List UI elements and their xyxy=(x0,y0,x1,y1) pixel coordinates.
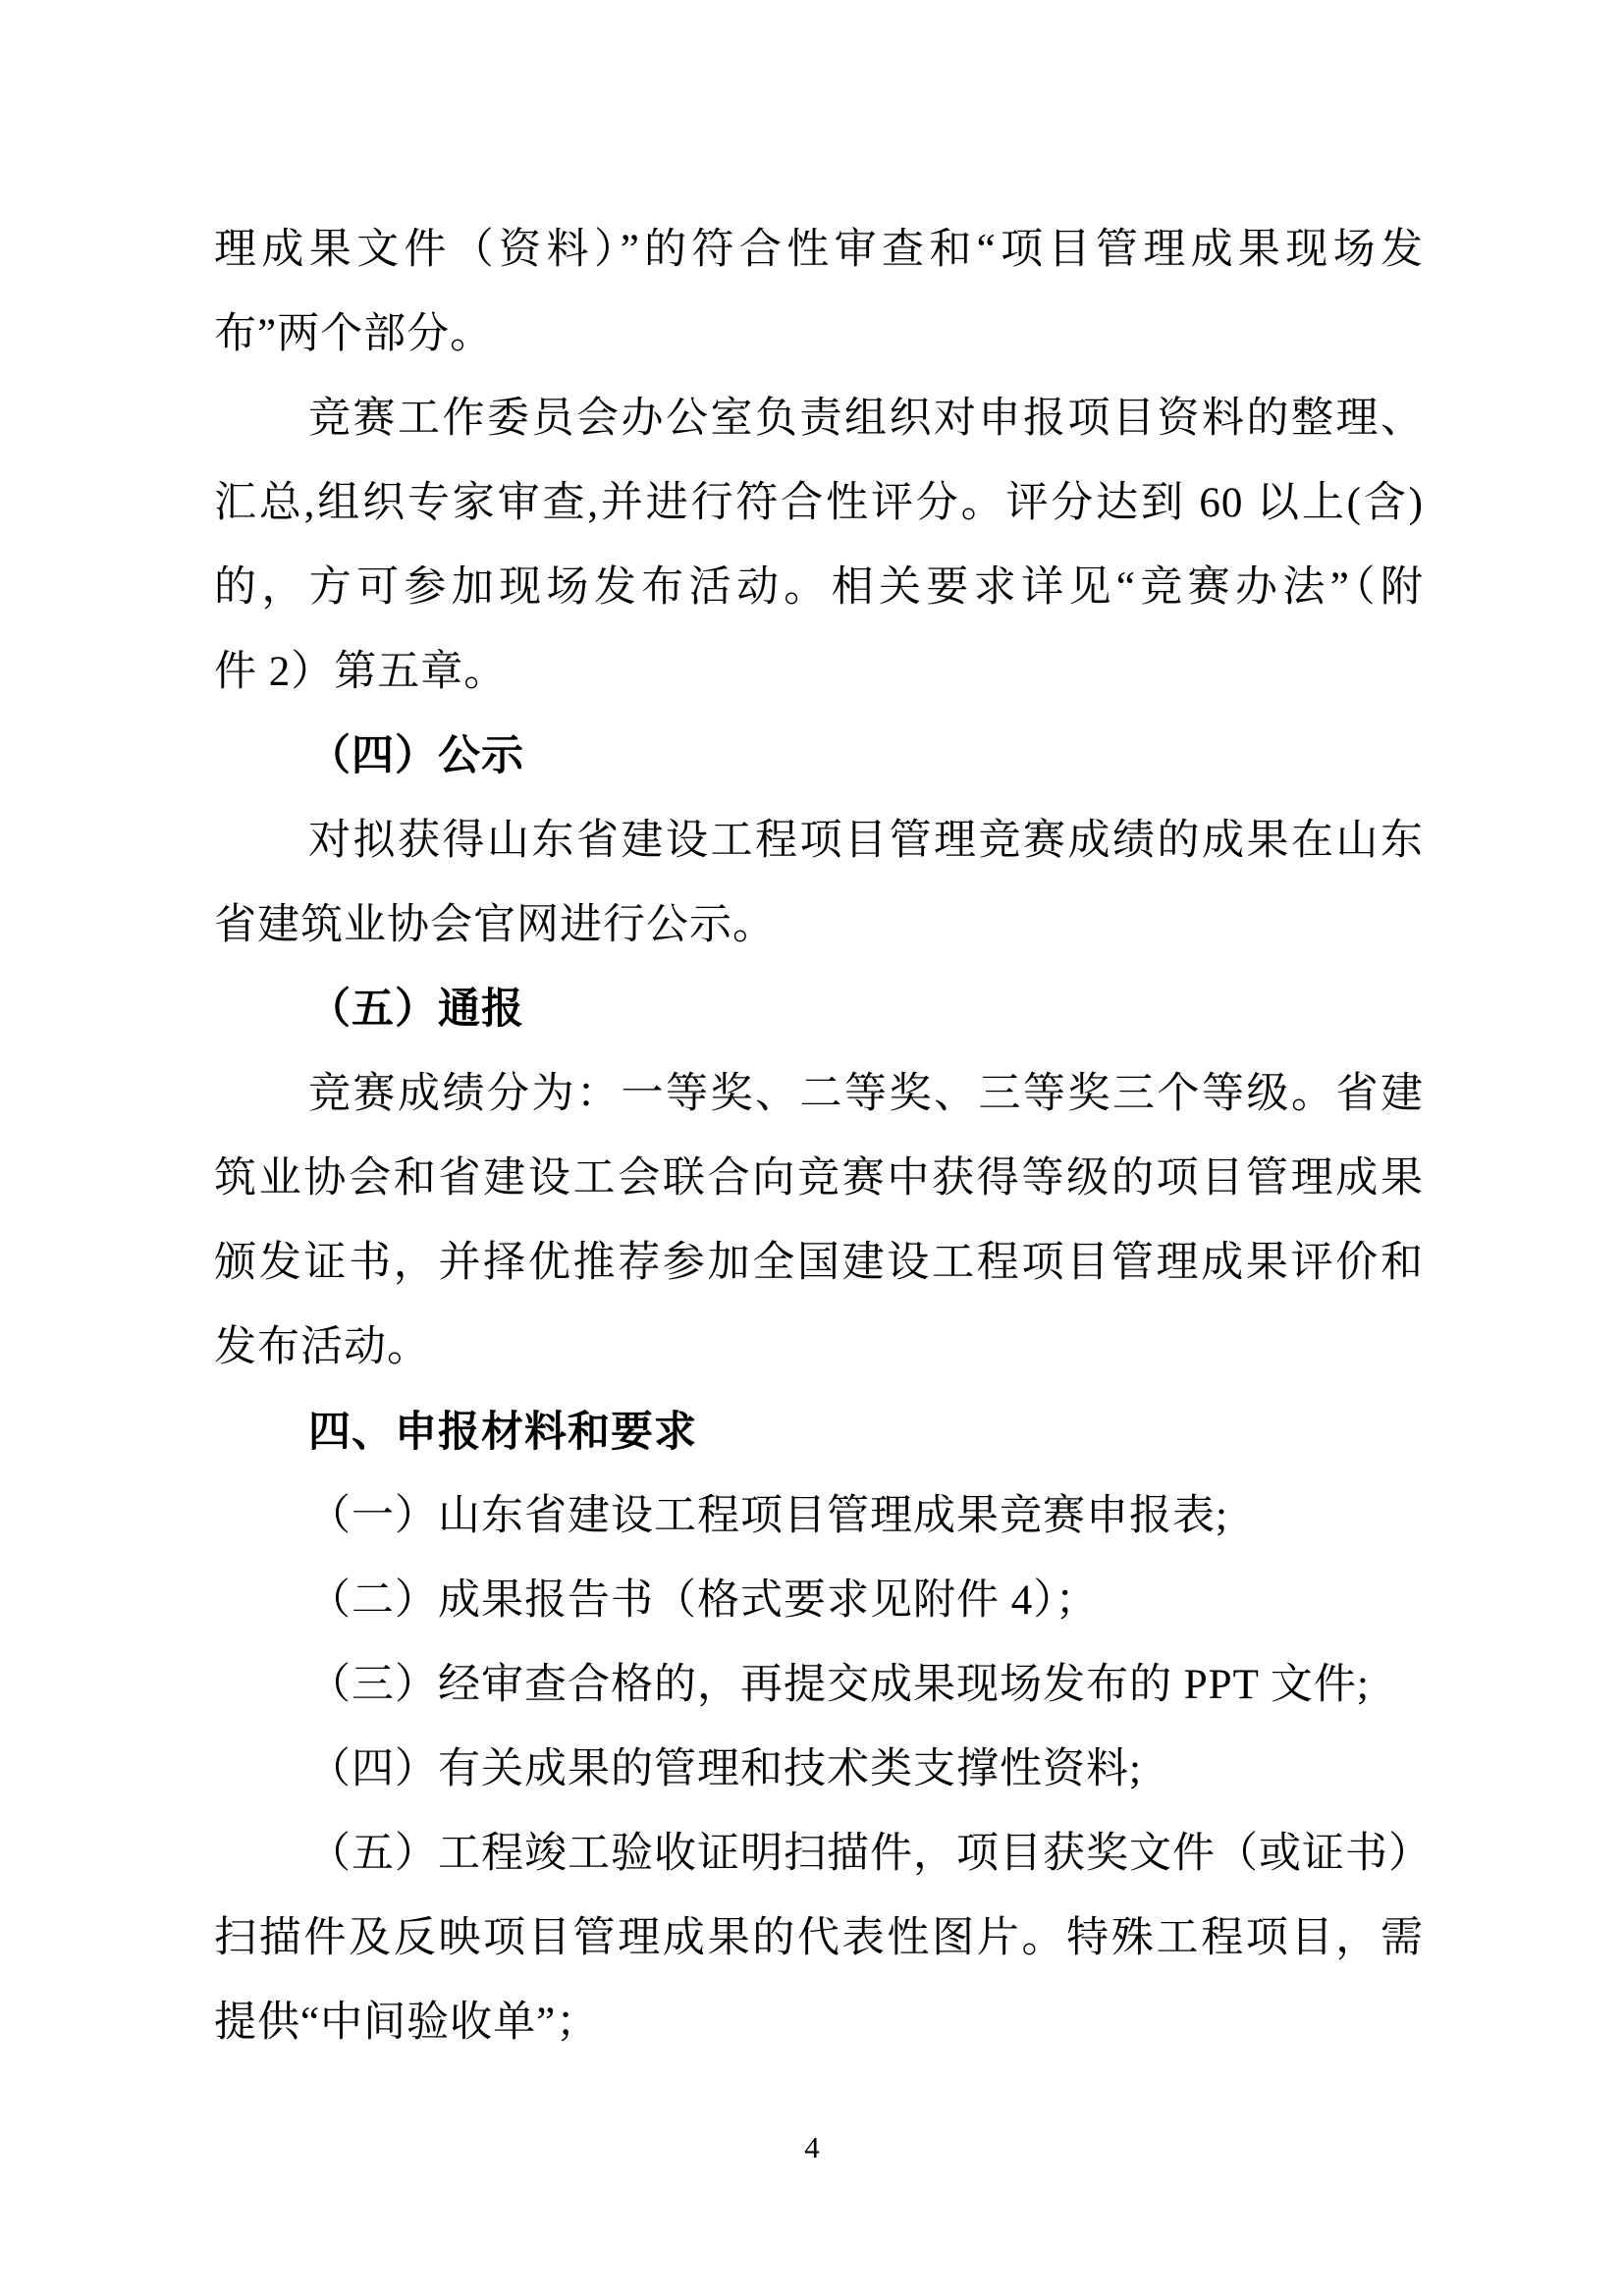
doc-line: 汇总,组织专家审查,并进行符合性评分。评分达到 60 以上(含) xyxy=(214,461,1424,546)
doc-line: 提供“中间验收单”； xyxy=(214,1981,1424,2065)
document-page: 理成果文件（资料）”的符合性审查和“项目管理成果现场发 布”两个部分。 竞赛工作… xyxy=(0,0,1624,2296)
list-item: （四）有关成果的管理和技术类支撑性资料; xyxy=(214,1728,1424,1812)
list-item: （五）工程竣工验收证明扫描件，项目获奖文件（或证书） xyxy=(214,1812,1424,1896)
doc-line: 扫描件及反映项目管理成果的代表性图片。特殊工程项目，需 xyxy=(214,1896,1424,1981)
doc-line: 竞赛成绩分为：一等奖、二等奖、三等奖三个等级。省建 xyxy=(214,1052,1424,1137)
page-number: 4 xyxy=(0,2128,1624,2167)
list-item: （一）山东省建设工程项目管理成果竞赛申报表; xyxy=(214,1474,1424,1559)
doc-line: 的，方可参加现场发布活动。相关要求详见“竞赛办法”（附 xyxy=(214,546,1424,630)
doc-line: 件 2）第五章。 xyxy=(214,630,1424,715)
list-item: （三）经审查合格的，再提交成果现场发布的 PPT 文件; xyxy=(214,1643,1424,1728)
doc-line: 颁发证书，并择优推荐参加全国建设工程项目管理成果评价和 xyxy=(214,1221,1424,1306)
section-heading-materials: 四、申报材料和要求 xyxy=(214,1390,1424,1474)
doc-line: 理成果文件（资料）”的符合性审查和“项目管理成果现场发 xyxy=(214,208,1424,293)
document-body: 理成果文件（资料）”的符合性审查和“项目管理成果现场发 布”两个部分。 竞赛工作… xyxy=(214,208,1424,2065)
doc-line: 省建筑业协会官网进行公示。 xyxy=(214,883,1424,968)
section-heading-gongshi: （四）公示 xyxy=(214,715,1424,799)
doc-line: 对拟获得山东省建设工程项目管理竞赛成绩的成果在山东 xyxy=(214,799,1424,883)
doc-line: 布”两个部分。 xyxy=(214,293,1424,377)
list-item: （二）成果报告书（格式要求见附件 4）； xyxy=(214,1559,1424,1643)
doc-line: 发布活动。 xyxy=(214,1306,1424,1390)
doc-line: 筑业协会和省建设工会联合向竞赛中获得等级的项目管理成果 xyxy=(214,1137,1424,1221)
doc-line: 竞赛工作委员会办公室负责组织对申报项目资料的整理、 xyxy=(214,377,1424,461)
section-heading-tongbao: （五）通报 xyxy=(214,968,1424,1052)
